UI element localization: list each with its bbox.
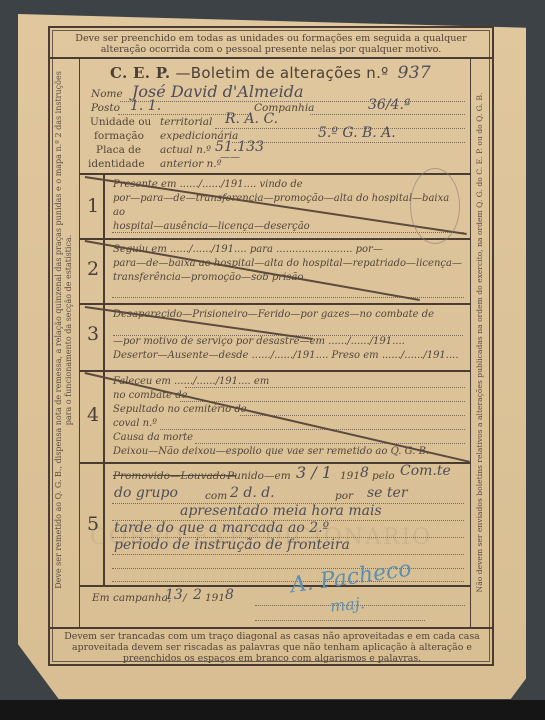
territorial-value: R. A. C. xyxy=(225,111,278,127)
anterior-value: —— xyxy=(220,152,240,163)
form-title: C. E. P. —Boletim de alterações n.º 937 xyxy=(110,63,431,83)
section-5-authority: Com.te xyxy=(400,463,451,479)
section-1-number: 1 xyxy=(82,195,104,217)
posto-label: Posto xyxy=(91,102,120,114)
section-5-hand-line-1: apresentado meia hora mais xyxy=(180,503,382,519)
section-5-hand-line-2: tarde do que a marcada ao 2.º xyxy=(114,520,329,536)
footer-divider xyxy=(50,627,492,629)
unidade-label: Unidade ou xyxy=(90,116,151,128)
formacao-label: formação xyxy=(94,130,144,142)
anterior-label: anterior n.º xyxy=(160,158,222,170)
title-text: —Boletim de alterações n.º xyxy=(176,64,389,82)
section-5-struck-words: Promovido—Louvado— xyxy=(113,470,236,482)
posto-value: 1. 1. xyxy=(130,98,161,114)
left-side-note: Deve ser remetido ao Q. G. B., dispensa … xyxy=(54,70,74,590)
section-3-top-rule xyxy=(80,303,470,305)
closing-year-prefix: 191 xyxy=(205,592,225,604)
bulletin-number: 937 xyxy=(398,63,431,83)
actual-label: actual n.º xyxy=(160,144,211,156)
closing-year-suffix: 8 xyxy=(225,587,234,603)
background-bottom xyxy=(0,700,545,720)
closing-day: 13 xyxy=(165,587,183,603)
placa-label: Placa de xyxy=(96,144,141,156)
nome-label: Nome xyxy=(91,88,123,100)
section-5-year-suffix: 8 xyxy=(360,465,369,481)
section-5-por-label: por xyxy=(335,490,353,502)
section-5-year-prefix: 191 xyxy=(340,470,360,482)
signature-rank: maj. xyxy=(329,593,366,616)
territorial-label: territorial xyxy=(160,116,212,128)
em-campanha-label: Em campanha, xyxy=(92,592,171,604)
section-5-punido-label: Punido—em xyxy=(227,470,291,482)
section-5-com-value: 2 d. d. xyxy=(230,485,275,501)
section-5-bottom-rule xyxy=(80,585,470,587)
section-4-number: 4 xyxy=(82,404,104,426)
section-5-date: 3 / 1 xyxy=(296,463,332,482)
identidade-label: identidade xyxy=(88,158,145,170)
cep-label: C. E. P. xyxy=(110,64,170,82)
header-divider xyxy=(50,57,492,59)
section-5-grupo: do grupo xyxy=(114,485,178,501)
section-5-pelo-label: pelo xyxy=(372,470,395,482)
header-instruction: Deve ser preenchido em todas as unidades… xyxy=(58,33,484,55)
section-5-number: 5 xyxy=(82,513,104,535)
section-4-top-rule xyxy=(80,370,470,372)
section-5-hand-line-3: periodo de instrução de fronteira xyxy=(114,537,350,553)
section-1-top-rule xyxy=(80,173,470,175)
expedicionaria-value: 5.º G. B. A. xyxy=(318,125,396,141)
section-5-por-value: se ter xyxy=(367,485,408,501)
circular-stamp xyxy=(410,168,460,244)
section-2-top-rule xyxy=(80,238,470,240)
section-5-com-label: com xyxy=(205,490,227,502)
footer-instruction: Devem ser trancadas com um traço diagona… xyxy=(62,631,482,664)
section-3-number: 3 xyxy=(82,323,104,345)
section-2-number: 2 xyxy=(82,258,104,280)
companhia-value: 36/4.ª xyxy=(368,97,411,113)
section-2-text: Seguiu em ....../....../191.... para ...… xyxy=(113,243,463,285)
right-side-note: Não devem ser enviados boletins relativo… xyxy=(475,60,485,625)
closing-month: 2 xyxy=(193,587,202,603)
